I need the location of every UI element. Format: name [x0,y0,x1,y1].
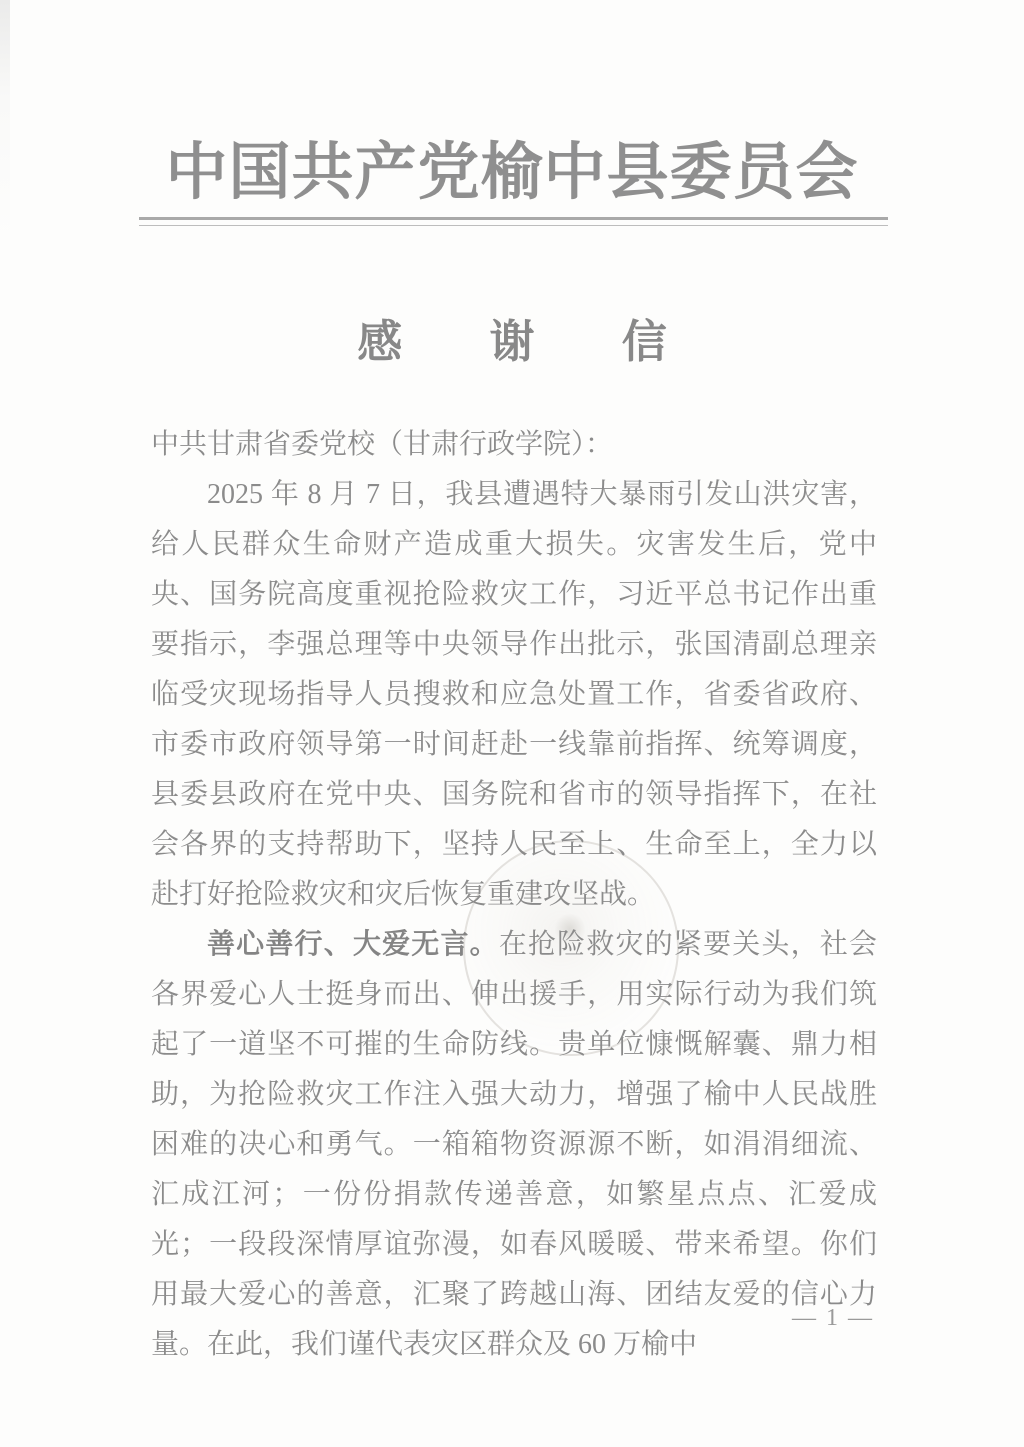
salutation: 中共甘肃省委党校（甘肃行政学院）： [151,420,877,470]
letterhead-rule-thin [139,225,888,226]
emphasis-text: 善心善行、大爱无言。 [207,929,499,960]
letterhead-org-title: 中国共产党榆中县委员会 [0,122,1024,211]
letter-body: 中共甘肃省委党校（甘肃行政学院）： 2025 年 8 月 7 日，我县遭遇特大暴… [151,420,877,1370]
scanned-letter-page: 中国共产党榆中县委员会 感 谢 信 中共甘肃省委党校（甘肃行政学院）： 2025… [0,0,1024,1447]
document-title: 感 谢 信 [0,305,1024,370]
letterhead-rule-thick [139,217,888,220]
body-text: 2025 年 8 月 7 日，我县遭遇特大暴雨引发山洪灾害，给人民群众生命财产造… [151,479,877,910]
paragraph: 2025 年 8 月 7 日，我县遭遇特大暴雨引发山洪灾害，给人民群众生命财产造… [151,470,877,920]
body-text: 在抢险救灾的紧要关头，社会各界爱心人士挺身而出、伸出援手，用实际行动为我们筑起了… [151,929,877,1360]
paragraph: 善心善行、大爱无言。在抢险救灾的紧要关头，社会各界爱心人士挺身而出、伸出援手，用… [151,920,877,1370]
